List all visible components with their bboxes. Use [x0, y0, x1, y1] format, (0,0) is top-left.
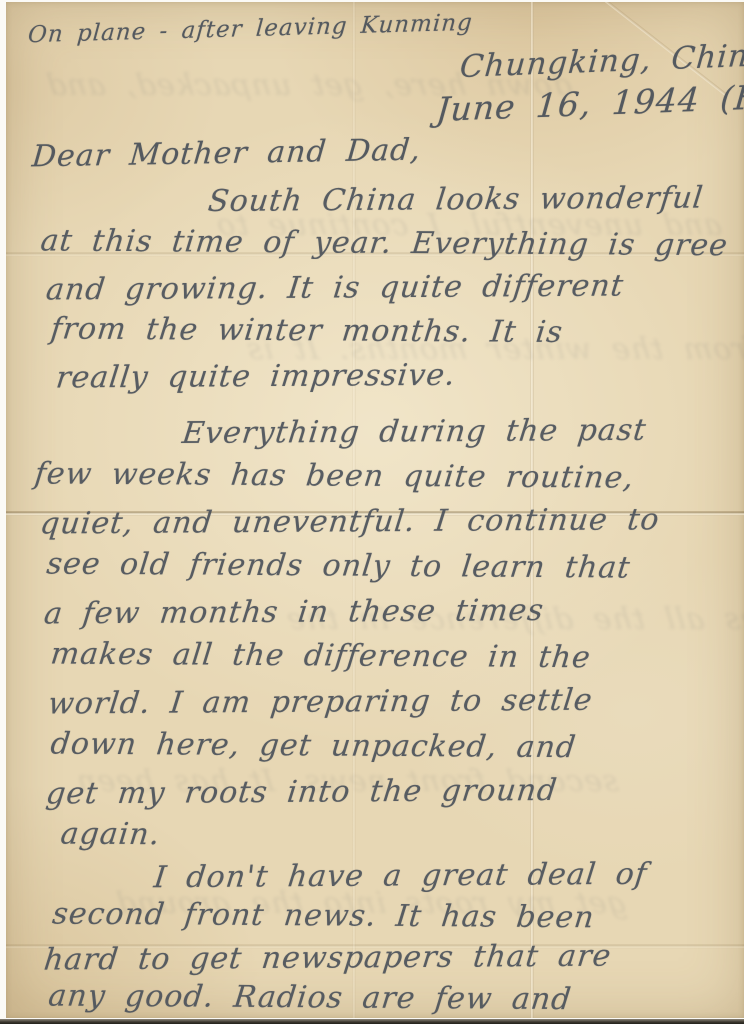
letter-line: see old friends only to learn that	[44, 546, 744, 596]
letter-line: from the winter months. It is	[48, 311, 744, 360]
letter-line: hard to get newspapers that are	[41, 937, 744, 983]
letter-heading: Chungking, China June 16, 1944 (Friday	[435, 34, 744, 129]
salutation: Dear Mother and Dad,	[30, 133, 422, 175]
letter-line: South China looks wonderful	[205, 180, 744, 228]
letter-line: a few months in these times	[41, 591, 744, 641]
paragraph-2: Everything during the past few weeks has…	[32, 414, 744, 864]
letter-paper: down here, get unpacked, and quiet, and …	[6, 2, 744, 1018]
letter-line: makes all the difference in the	[48, 636, 744, 686]
letter-line: get my roots into the ground	[43, 771, 744, 821]
letter-line: really quite impressive.	[53, 355, 744, 404]
scanned-letter-page: down here, get unpacked, and quiet, and …	[0, 0, 744, 1024]
letter-line: and growing. It is quite different	[43, 267, 744, 316]
letter-line: few weeks has been quite routine,	[32, 456, 744, 506]
letter-line: Everything during the past	[179, 412, 744, 461]
letter-line: I don't have a great deal of	[151, 856, 744, 901]
letter-line: second front news. It has been	[50, 896, 744, 942]
letter-line: quiet, and uneventful. I continue to	[37, 501, 744, 551]
annotation-note: On plane - after leaving Kunming	[27, 10, 474, 48]
letter-line: any good. Radios are few and	[46, 978, 744, 1018]
letter-line: world. I am preparing to settle	[45, 681, 744, 731]
letter-line: down here, get unpacked, and	[48, 726, 744, 776]
scan-edge	[0, 1019, 744, 1024]
place-line: Chungking, China	[458, 34, 744, 85]
paragraph-3: I don't have a great deal of second fron…	[44, 858, 744, 1018]
paragraph-1: South China looks wonderful at this time…	[40, 182, 744, 402]
letter-line: at this time of year. Everything is gree	[38, 223, 744, 272]
